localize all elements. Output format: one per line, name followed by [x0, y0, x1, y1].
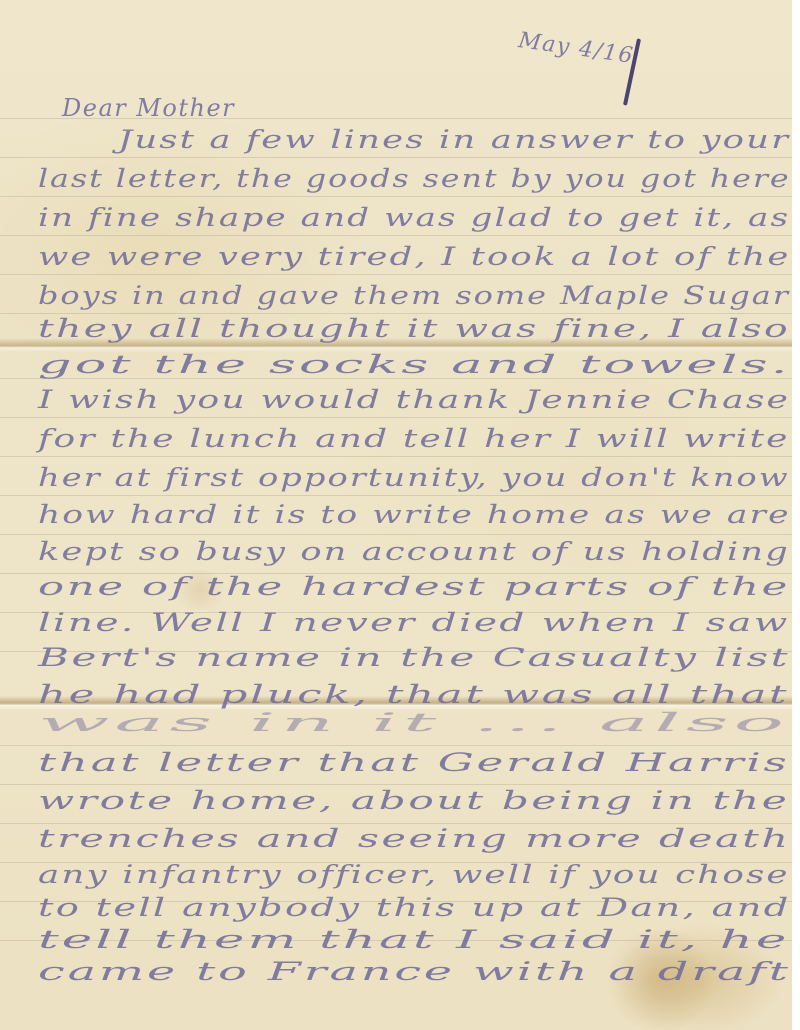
letter-line: got the socks and towels.: [38, 350, 791, 379]
ruled-line: [0, 274, 792, 275]
letter-line: wrote home, about being in the: [38, 786, 789, 815]
letter-line: to tell anybody this up at Dan, and: [38, 893, 791, 922]
ruled-line: [0, 534, 792, 535]
letter-line: tell them that I said it, he: [38, 925, 790, 954]
letter-line: he had pluck, that was all that: [38, 680, 789, 709]
letter-line: line. Well I never died when I saw: [38, 608, 790, 637]
letter-date: May 4/16: [517, 28, 636, 69]
ruled-line: [0, 235, 792, 236]
letter-salutation: Dear Mother: [62, 94, 235, 122]
ruled-line: [0, 157, 792, 158]
letter-line: that letter that Gerald Harris: [38, 748, 789, 777]
letter-line: kept so busy on account of us holding: [38, 537, 790, 566]
letter-line: last letter, the goods sent by you got h…: [38, 164, 791, 193]
letter-line: Just a few lines in answer to your: [118, 125, 790, 154]
letter-line: was in it ... also: [38, 708, 789, 737]
letter-line: trenches and seeing more death: [38, 824, 790, 853]
letter-line: I wish you would thank Jennie Chase: [38, 385, 790, 414]
letter-line: for the lunch and tell her I will write: [38, 424, 790, 453]
letter-line: came to France with a draft: [38, 957, 791, 986]
ruled-line: [0, 745, 792, 746]
ruled-line: [0, 417, 792, 418]
ruled-line: [0, 456, 792, 457]
letter-line: Bert's name in the Casualty list: [38, 643, 790, 672]
letter-line: in fine shape and was glad to get it, as: [38, 203, 790, 232]
ruled-line: [0, 784, 792, 785]
letter-line: we were very tired, I took a lot of the: [38, 242, 790, 271]
scan-border: [792, 0, 800, 1030]
ruled-line: [0, 196, 792, 197]
letter-line: they all thought it was fine, I also: [38, 314, 790, 343]
letter-line: any infantry officer, well if you chose: [38, 860, 790, 889]
letter-line: her at first opportunity, you don't know: [38, 463, 790, 492]
ruled-line: [0, 495, 792, 496]
letter-line: how hard it is to write home as we are: [38, 500, 791, 529]
letter-line: boys in and gave them some Maple Sugar: [38, 281, 790, 310]
letter-line: one of the hardest parts of the: [38, 572, 790, 601]
letter-page: May 4/16 Dear Mother Just a few lines in…: [0, 0, 792, 1030]
